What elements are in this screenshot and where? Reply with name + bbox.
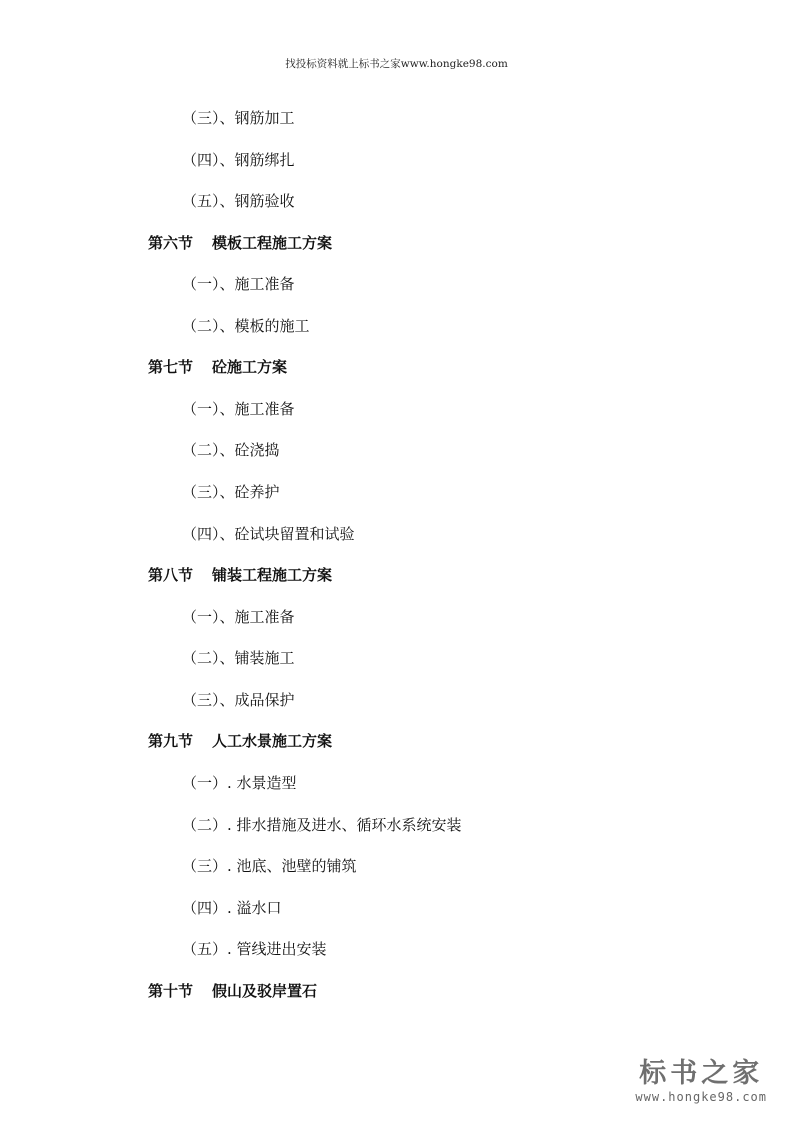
section-number: 第十节 — [148, 981, 212, 1001]
subsection-item: （二）、铺装施工 — [182, 648, 295, 668]
subsection-item: （一）. 水景造型 — [182, 773, 297, 793]
subsection-item: （三）、成品保护 — [182, 690, 295, 710]
subsection-item: （五）、钢筋验收 — [182, 191, 295, 211]
section-heading: 第八节铺装工程施工方案 — [148, 565, 332, 585]
subsection-item: （三）. 池底、池壁的铺筑 — [182, 856, 357, 876]
section-number: 第六节 — [148, 233, 212, 253]
subsection-item: （三）、钢筋加工 — [182, 108, 295, 128]
subsection-item: （三）、砼养护 — [182, 482, 280, 502]
subsection-item: （四）、砼试块留置和试验 — [182, 524, 355, 544]
watermark-url: www.hongke98.com — [635, 1090, 767, 1104]
section-number: 第九节 — [148, 731, 212, 751]
section-heading: 第九节人工水景施工方案 — [148, 731, 332, 751]
section-title: 砼施工方案 — [212, 358, 287, 376]
section-title: 人工水景施工方案 — [212, 732, 332, 750]
subsection-item: （四）、钢筋绑扎 — [182, 150, 295, 170]
subsection-item: （一）、施工准备 — [182, 607, 295, 627]
subsection-item: （二）. 排水措施及进水、循环水系统安装 — [182, 815, 462, 835]
section-title: 模板工程施工方案 — [212, 234, 332, 252]
section-title: 铺装工程施工方案 — [212, 566, 332, 584]
section-heading: 第六节模板工程施工方案 — [148, 233, 332, 253]
subsection-item: （一）、施工准备 — [182, 399, 295, 419]
subsection-item: （二）、模板的施工 — [182, 316, 310, 336]
subsection-item: （二）、砼浇捣 — [182, 440, 280, 460]
watermark-title: 标书之家 — [635, 1051, 767, 1090]
section-number: 第七节 — [148, 357, 212, 377]
section-heading: 第十节假山及驳岸置石 — [148, 981, 317, 1001]
subsection-item: （四）. 溢水口 — [182, 898, 282, 918]
page-header: 找投标资料就上标书之家www.hongke98.com — [0, 56, 793, 71]
subsection-item: （五）. 管线进出安装 — [182, 939, 327, 959]
section-title: 假山及驳岸置石 — [212, 982, 317, 1000]
section-heading: 第七节砼施工方案 — [148, 357, 287, 377]
section-number: 第八节 — [148, 565, 212, 585]
subsection-item: （一）、施工准备 — [182, 274, 295, 294]
watermark-logo: 标书之家 www.hongke98.com — [635, 1051, 767, 1104]
